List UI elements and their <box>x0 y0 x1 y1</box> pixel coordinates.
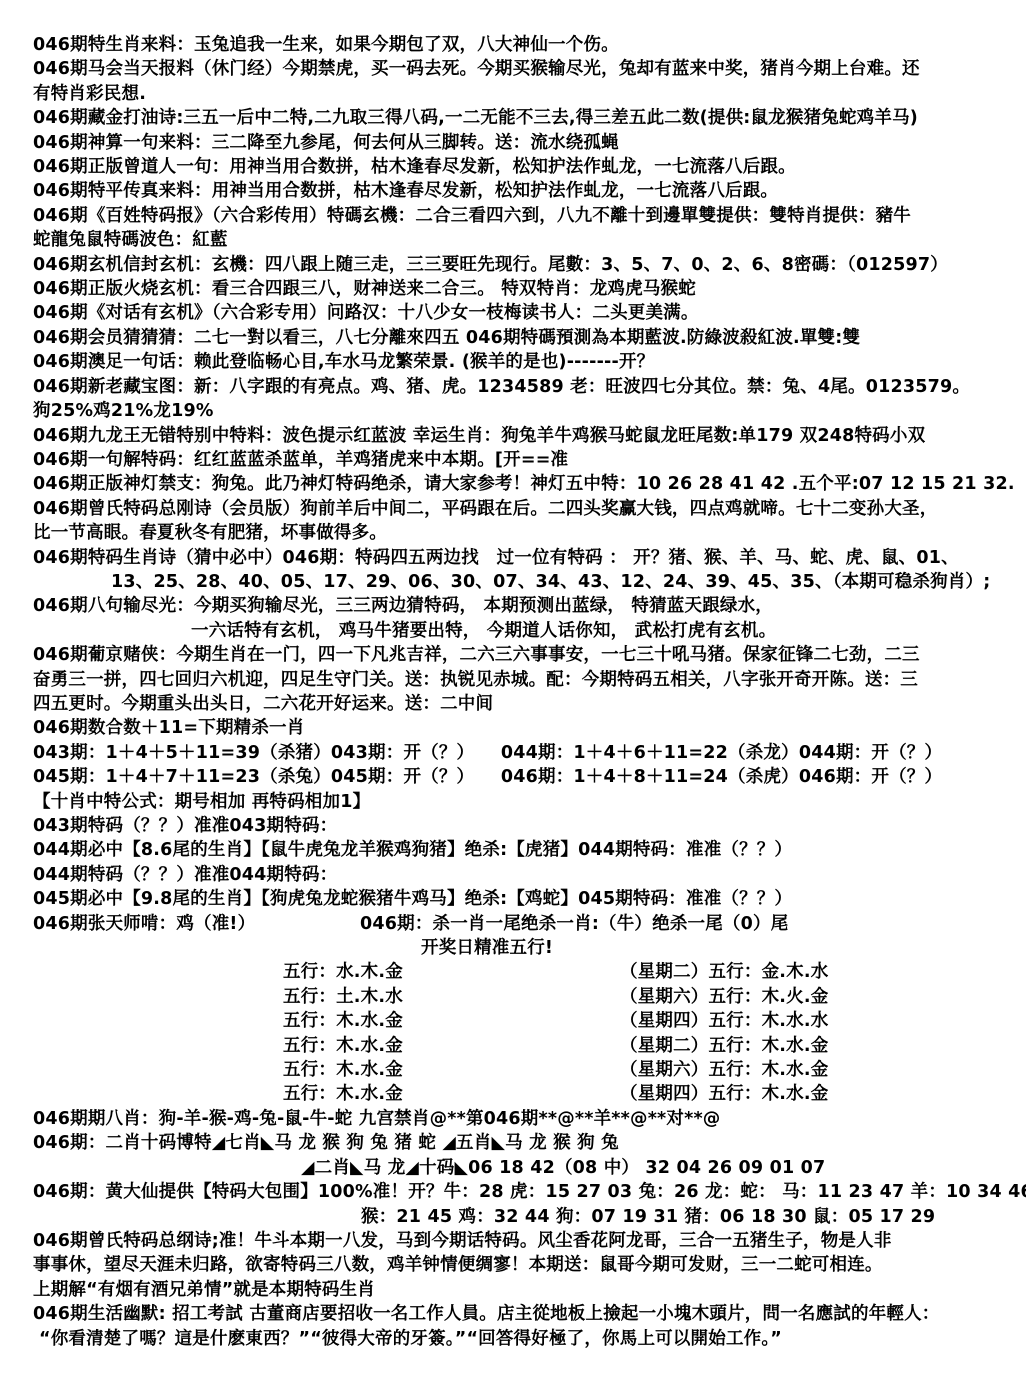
text-line: 事事休，望尽天涯未归路，欲寄特码三八数，鸡羊钟情便绸寥！本期送：鼠哥今期可发财，… <box>33 1253 1000 1277</box>
text-line-split: 046期张天师啃：鸡（准!）046期：杀一肖一尾绝杀一肖:（牛）绝杀一尾（0）尾 <box>33 912 1000 936</box>
lottery-tipsheet-document: 046期特生肖来料：玉兔追我一生来，如果今期包了双，八大神仙一个伤。046期马会… <box>0 0 1026 1351</box>
wuxing-row: 五行：水.木.金（星期二）五行：金.木.水 <box>33 960 1000 984</box>
text-line: 13、25、28、40、05、17、29、06、30、07、34、43、12、2… <box>33 570 1000 594</box>
text-line: 045期：1＋4＋7＋11=23（杀兔）045期：开（？） 046期：1＋4＋8… <box>33 765 1000 789</box>
tipsheet-content: 046期特生肖来料：玉兔追我一生来，如果今期包了双，八大神仙一个伤。046期马会… <box>33 33 1000 1351</box>
wuxing-right-value: （星期四）五行：木.水.金 <box>620 1082 828 1106</box>
text-line: 046期《对话有玄机》（六合彩专用）问路汉：十八少女一枝梅读书人：二头更美满。 <box>33 301 1000 325</box>
wuxing-right-value: （星期二）五行：金.木.水 <box>620 960 828 984</box>
wuxing-left-value: 五行：木.水.金 <box>283 1034 620 1058</box>
text-line: 046期神算一句来料：三二降至九参尾，何去何从三脚转。送：流水绕孤蝇 <box>33 131 1000 155</box>
wuxing-left-value: 五行：水.木.金 <box>283 960 620 984</box>
text-line: 046期一句解特码：红红蓝蓝杀蓝单，羊鸡猪虎来中本期。[开==准 <box>33 448 1000 472</box>
text-line: 奋勇三一拼，四七回归六机迎，四足生守门关。送：执锐见赤城。配：今期特码五相关，八… <box>33 668 1000 692</box>
text-line: 046期特生肖来料：玉兔追我一生来，如果今期包了双，八大神仙一个伤。 <box>33 33 1000 57</box>
text-line: 044期特码（？？）准准044期特码： <box>33 863 1000 887</box>
text-line: 046期：黄大仙提供【特码大包围】100%准！开？牛：28 虎：15 27 03… <box>33 1180 1000 1204</box>
wuxing-left-value: 五行：木.水.金 <box>283 1058 620 1082</box>
text-line: 046期澳足一句话：赖此登临畅心目,车水马龙繁荣景. (猴羊的是也)------… <box>33 350 1000 374</box>
text-line: “你看清楚了嗎？這是什麽東西？”“彼得大帝的牙簽。”“回答得好極了，你馬上可以開… <box>33 1327 1000 1351</box>
text-line: 046期特码生肖诗（猜中必中）046期：特码四五两边找 过一位有特码 ： 开？猪… <box>33 546 1000 570</box>
text-line: 046期曾氏特码总纲诗;准！牛斗本期一八发，马到今期话特码。风尘香花阿龙哥，三合… <box>33 1229 1000 1253</box>
text-line: 044期必中【8.6尾的生肖】【鼠牛虎兔龙羊猴鸡狗猪】绝杀:【虎猪】044期特码… <box>33 838 1000 862</box>
text-line: 046期正版火烧玄机：看三合四跟三八，财神送来二合三。 特双特肖：龙鸡虎马猴蛇 <box>33 277 1000 301</box>
text-line: 046期生活幽默: 招工考試 古董商店要招收一名工作人員。店主從地板上撿起一小塊… <box>33 1302 1000 1326</box>
wuxing-right-value: （星期四）五行：木.水.水 <box>620 1009 828 1033</box>
text-line: 046期葡京赌侠：今期生肖在一门，四一下凡兆吉祥，二六三六事事安，一七三十吼马猪… <box>33 643 1000 667</box>
text-line: 046期玄机信封玄机：玄機：四八跟上随三走，三三要旺先现行。尾數：3、5、7、0… <box>33 253 1000 277</box>
text-line: 四五更时。今期重头出头日，二六花开好运来。送：二中间 <box>33 692 1000 716</box>
text-line: 046期藏金打油诗:三五一后中二特,二九取三得八码,一二无能不三去,得三差五此二… <box>33 106 1000 130</box>
wuxing-right-value: （星期六）五行：木.水.金 <box>620 1058 828 1082</box>
text-line: 043期特码（？？）准准043期特码： <box>33 814 1000 838</box>
split-right-text: 046期：杀一肖一尾绝杀一肖:（牛）绝杀一尾（0）尾 <box>360 912 788 936</box>
wuxing-right-value: （星期二）五行：木.水.金 <box>620 1034 828 1058</box>
text-line: 一六话特有玄机， 鸡马牛猪要出特， 今期道人话你知， 武松打虎有玄机。 <box>33 619 1000 643</box>
wuxing-row: 五行：木.水.金（星期二）五行：木.水.金 <box>33 1034 1000 1058</box>
text-line: 046期曾氏特码总刚诗（会员版）狗前羊后中间二，平码跟在后。二四头奖赢大钱，四点… <box>33 497 1000 521</box>
text-line: 【十肖中特公式：期号相加 再特码相加1】 <box>33 790 1000 814</box>
text-line: 比一节高眼。春夏秋冬有肥猪，坏事做得多。 <box>33 521 1000 545</box>
text-line: 046期正版曾道人一句：用神当用合数拼，枯木逢春尽发新，松知护法作虬龙，一七流落… <box>33 155 1000 179</box>
wuxing-row: 五行：木.水.金（星期四）五行：木.水.水 <box>33 1009 1000 1033</box>
wuxing-left-value: 五行：木.水.金 <box>283 1009 620 1033</box>
text-line: 猴：21 45 鸡：32 44 狗：07 19 31 猪：06 18 30 鼠：… <box>33 1205 1000 1229</box>
text-line: 046期会员猜猜猜：二七一對以看三，八七分離來四五 046期特碼預測為本期藍波.… <box>33 326 1000 350</box>
split-left-text: 046期张天师啃：鸡（准!） <box>33 912 360 936</box>
text-line: 开奖日精准五行! <box>33 936 1000 960</box>
text-line: 蛇龍兔鼠特碼波色：紅藍 <box>33 228 1000 252</box>
wuxing-row: 五行：木.水.金（星期六）五行：木.水.金 <box>33 1058 1000 1082</box>
text-line: 046期新老藏宝图：新：八字跟的有亮点。鸡、猪、虎。1234589 老：旺波四七… <box>33 375 1000 399</box>
text-line: 有特肖彩民想. <box>33 82 1000 106</box>
text-line: 046期八句输尽光：今期买狗输尽光，三三两边猜特码， 本期预测出蓝绿， 特猜蓝天… <box>33 594 1000 618</box>
text-line: 046期《百姓特码报》（六合彩传用）特碼玄機：二合三看四六到，八九不離十到邊單雙… <box>33 204 1000 228</box>
text-line: 046期特平传真来料：用神当用合数拼，枯木逢春尽发新，松知护法作虬龙，一七流落八… <box>33 179 1000 203</box>
wuxing-row: 五行：木.水.金（星期四）五行：木.水.金 <box>33 1082 1000 1106</box>
text-line: 046期数合数＋11=下期精杀一肖 <box>33 716 1000 740</box>
wuxing-row: 五行：土.木.水（星期六）五行：木.火.金 <box>33 985 1000 1009</box>
text-line: 046期九龙王无错特别中特料：波色提示红蓝波 幸运生肖：狗兔羊牛鸡猴马蛇鼠龙旺尾… <box>33 424 1000 448</box>
text-line: 046期正版神灯禁支：狗兔。此乃神灯特码绝杀，请大家参考！神灯五中特：10 26… <box>33 472 1000 496</box>
text-line: 046期期八肖：狗-羊-猴-鸡-兔-鼠-牛-蛇 九宫禁肖@**第046期**@*… <box>33 1107 1000 1131</box>
wuxing-right-value: （星期六）五行：木.火.金 <box>620 985 828 1009</box>
wuxing-left-value: 五行：木.水.金 <box>283 1082 620 1106</box>
text-line: ◢二肖◣马 龙◢十码◣06 18 42（08 中） 32 04 26 09 01… <box>33 1156 1000 1180</box>
text-line: 狗25%鸡21%龙19% <box>33 399 1000 423</box>
text-line: 043期：1＋4＋5＋11=39（杀猪）043期：开（？） 044期：1＋4＋6… <box>33 741 1000 765</box>
text-line: 046期：二肖十码博特◢七肖◣马 龙 猴 狗 兔 猪 蛇 ◢五肖◣马 龙 猴 狗… <box>33 1131 1000 1155</box>
text-line: 046期马会当天报料（休门经）今期禁虎，买一码去死。今期买猴输尽光，兔却有蓝来中… <box>33 57 1000 81</box>
text-line: 045期必中【9.8尾的生肖】【狗虎兔龙蛇猴猪牛鸡马】绝杀:【鸡蛇】045期特码… <box>33 887 1000 911</box>
wuxing-left-value: 五行：土.木.水 <box>283 985 620 1009</box>
text-line: 上期解“有烟有酒兄弟情”就是本期特码生肖 <box>33 1278 1000 1302</box>
